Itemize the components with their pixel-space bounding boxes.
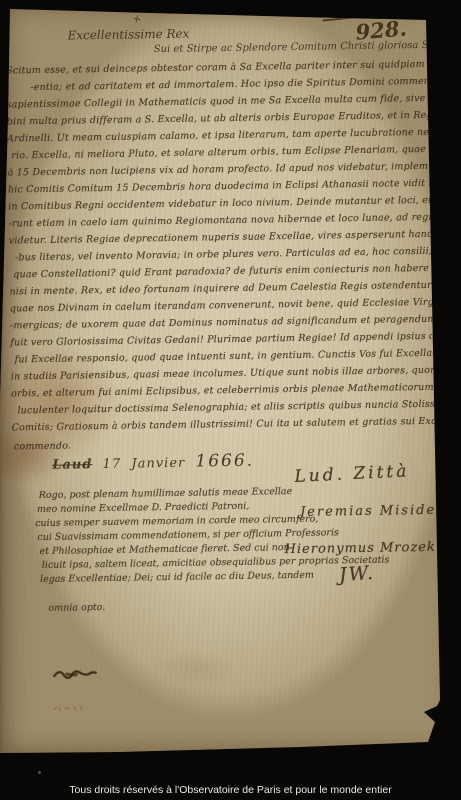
body-line: orbis, et alterum fui animi Eclipsibus, … bbox=[11, 381, 461, 400]
body-line: -mergicas; de uxorem quae dat Dominus no… bbox=[10, 312, 461, 331]
body-line: bini multa prius differam a S. Excella, … bbox=[7, 110, 445, 128]
copyright-caption: Tous droits réservés à l'Observatoire de… bbox=[0, 784, 461, 796]
body-line: -bus literas, vel invento Moravia; in or… bbox=[15, 245, 459, 263]
date-day: 17 bbox=[103, 457, 122, 472]
body-line: hic Comitis Comitum 15 Decembris hora du… bbox=[8, 176, 461, 195]
photo-background: + 928. Excellentissime Rex Sui et Stirpe… bbox=[0, 0, 461, 800]
body-line: in Comitibus Regni occidentem videbatur … bbox=[8, 194, 461, 213]
archival-stamp-icon bbox=[52, 703, 86, 713]
dust-speck bbox=[38, 771, 41, 774]
signature: Hieronymus Mrozek bbox=[284, 540, 435, 557]
manuscript-paper: + 928. Excellentissime Rex Sui et Stirpe… bbox=[0, 0, 461, 758]
body-line: luculenter loquitur doctissima Selenogra… bbox=[17, 399, 441, 417]
body-line: rio. Excella, ni meliora Pluto, et solar… bbox=[11, 144, 426, 162]
body-line: videtur. Literis Regiae deprecationem nu… bbox=[9, 228, 461, 246]
body-line: fuit vero Gloriosissima Civitas Gedani! … bbox=[10, 330, 461, 349]
salutation-line-1: Excellentissime Rex bbox=[67, 27, 189, 43]
body-line: Ardinelli. Ut meam cuiuspiam calamo, et … bbox=[7, 126, 460, 144]
closing-line: cui Suavissimam commendationem, si per o… bbox=[37, 527, 339, 543]
body-line: -runt etiam in caelo iam quinimo Regiomo… bbox=[8, 211, 461, 230]
body-line: fui Excellae responsio, quod quae intuen… bbox=[15, 347, 461, 365]
body-line: sapientissimae Collegii in Mathematicis … bbox=[7, 93, 445, 111]
body-line: in studiis Parisiensibus, quasi meae inc… bbox=[11, 364, 461, 383]
body-line: Scitum esse, et sui deinceps obtestor co… bbox=[6, 58, 461, 77]
top-cross-mark: + bbox=[131, 12, 143, 27]
closing-line: legas Excellentiae; Dei; cui id facile a… bbox=[40, 570, 314, 585]
signature: JW. bbox=[338, 562, 375, 586]
body-line: commendo. bbox=[14, 441, 71, 453]
signature: Jeremias Miside bbox=[300, 503, 436, 520]
date-line: Laud 17 Janvier 1666. bbox=[52, 451, 254, 474]
date-year: 1666. bbox=[195, 451, 254, 472]
body-line: nisi in mente. Rex, et ideo fortunam inq… bbox=[9, 279, 461, 297]
closing-line: et Philosophiae et Mathematicae fieret. … bbox=[40, 542, 290, 557]
date-place: Laud bbox=[52, 457, 92, 473]
body-line: Comitis; Gratiosum à orbis tandem illust… bbox=[12, 415, 461, 433]
closing-line: cuius semper suavem memoriam in corde me… bbox=[35, 514, 318, 529]
handwriting-layer: + 928. Excellentissime Rex Sui et Stirpe… bbox=[0, 0, 461, 762]
signature: Lud. Zittà bbox=[294, 461, 410, 487]
closing-line: licuit ipsa, saltem liceat, amicitiae ob… bbox=[42, 555, 390, 571]
closing-line: meo nomine Excellmae D. Praedicti Patron… bbox=[37, 501, 250, 515]
salutation-line-2: Sui et Stirpe ac Splendore Comitum Chris… bbox=[154, 39, 452, 55]
ink-scribble-icon bbox=[51, 664, 99, 683]
archival-stamp bbox=[52, 697, 86, 717]
closing-line: Rogo, post plenam humillimae salutis mea… bbox=[39, 486, 293, 501]
body-line: -entia; et ad caritatem et ad immortalem… bbox=[30, 75, 461, 93]
date-month: Janvier bbox=[131, 456, 185, 472]
body-line: quae nos Divinam in caelum iterandam con… bbox=[10, 295, 461, 314]
closing-line: omnia opto. bbox=[48, 602, 105, 614]
body-line: quae Constellationi? quid Erant paradoxi… bbox=[13, 262, 461, 280]
body-line: à 15 Decembris non lucipiens vix ad hora… bbox=[8, 160, 461, 179]
ink-scribble bbox=[51, 664, 99, 687]
